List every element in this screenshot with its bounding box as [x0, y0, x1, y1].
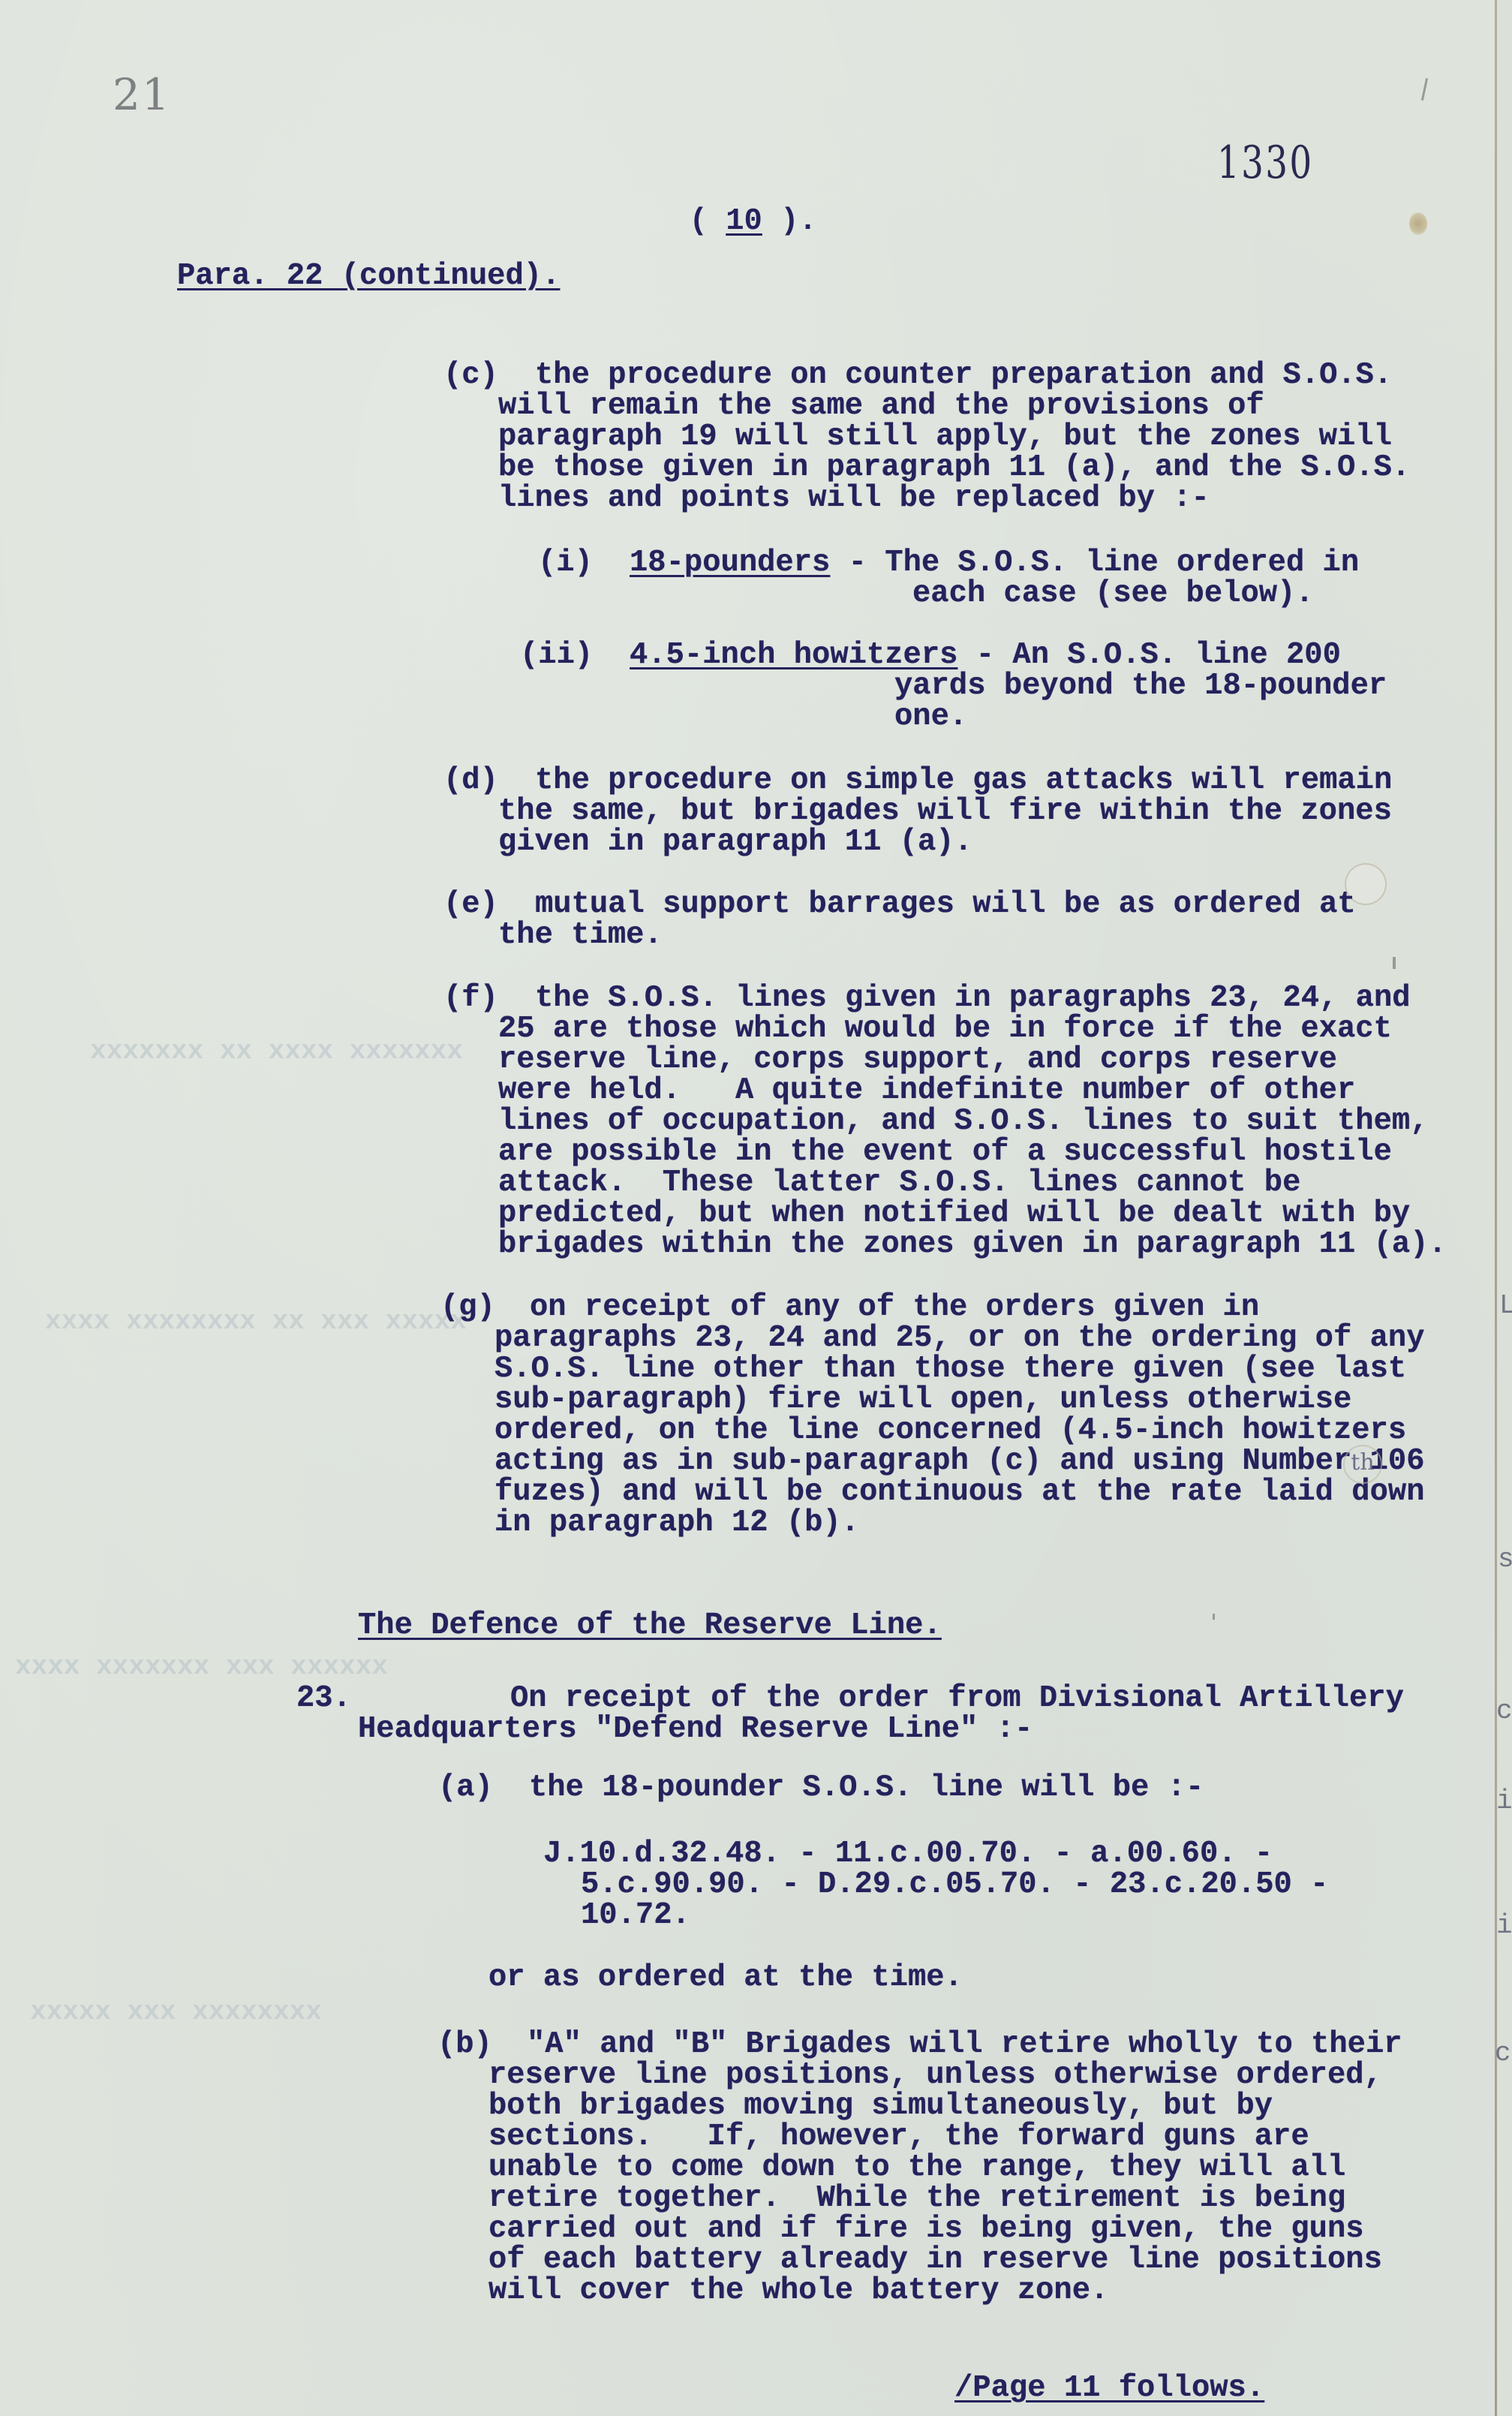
coordinates-line: 5.c.90.90. - D.29.c.05.70. - 23.c.20.50 …: [581, 1870, 1328, 1900]
page-number-value: 10: [726, 204, 762, 239]
item-ii-title: 4.5-inch howitzers: [630, 638, 957, 672]
underlying-page-glyph: s: [1498, 1546, 1512, 1573]
item-ii-label: (ii): [520, 640, 593, 671]
subpara-b-line: retire together. While the retirement is…: [488, 2183, 1345, 2214]
subpara-g-line: in paragraph 12 (b).: [494, 1508, 859, 1539]
subpara-g-line: S.O.S. line other than those there given…: [494, 1354, 1406, 1385]
item-i-continuation: each case (see below).: [912, 579, 1314, 609]
paragraph-23-line: Headquarters "Defend Reserve Line" :-: [358, 1714, 1033, 1745]
section-heading: The Defence of the Reserve Line.: [358, 1611, 942, 1641]
subpara-f-line: predicted, but when notified will be dea…: [498, 1199, 1410, 1229]
item-ii-separator: -: [957, 638, 1012, 672]
subpara-a-label: (a): [438, 1773, 493, 1804]
subpara-b-line: carried out and if fire is being given, …: [488, 2214, 1364, 2245]
continuation-heading: Para. 22 (continued).: [177, 261, 560, 292]
subpara-b-line: of each battery already in reserve line …: [488, 2245, 1382, 2276]
paper-stain: [1409, 212, 1427, 235]
item-i-separator: -: [830, 546, 885, 580]
subpara-d-label: (d): [443, 766, 498, 796]
page-number: ( 10 ).: [653, 170, 817, 239]
subpara-b-line: "A" and "B" Brigades will retire wholly …: [527, 2029, 1402, 2060]
subpara-f-line: were held. A quite indefinite number of …: [498, 1076, 1355, 1106]
stray-mark: [1213, 1614, 1215, 1620]
item-i-title: 18-pounders: [630, 546, 830, 580]
item-ii-continuation: yards beyond the 18-pounder: [894, 671, 1387, 702]
subpara-d-line: the procedure on simple gas attacks will…: [535, 766, 1392, 796]
page-number-close: ).: [762, 204, 817, 239]
paragraph-23-number: 23.: [296, 1683, 351, 1714]
stray-mark: [1393, 957, 1396, 969]
subpara-b-label: (b): [437, 2029, 492, 2060]
subpara-a-text: the 18-pounder S.O.S. line will be :-: [529, 1773, 1204, 1804]
subpara-d-line: given in paragraph 11 (a).: [498, 827, 972, 858]
subpara-g-line: ordered, on the line concerned (4.5-inch…: [494, 1416, 1406, 1446]
subpara-f-label: (f): [443, 983, 498, 1014]
underlying-page-glyph: c: [1495, 2040, 1511, 2067]
item-ii-continuation: one.: [894, 702, 967, 733]
page-continuation-note: /Page 11 follows.: [954, 2373, 1264, 2404]
subpara-d-line: the same, but brigades will fire within …: [498, 796, 1392, 827]
alternative-order: or as ordered at the time.: [488, 1963, 963, 1993]
subpara-f-line: brigades within the zones given in parag…: [498, 1229, 1447, 1260]
subpara-f-line: attack. These latter S.O.S. lines cannot…: [498, 1168, 1300, 1199]
subpara-g-line: acting as in sub-paragraph (c) and using…: [494, 1446, 1425, 1477]
paragraph-23-line: On receipt of the order from Divisional …: [510, 1683, 1404, 1714]
coordinates-line: J.10.d.32.48. - 11.c.00.70. - a.00.60. -: [543, 1839, 1273, 1870]
subpara-g-line: on receipt of any of the orders given in: [530, 1292, 1259, 1323]
subpara-f-line: are possible in the event of a successfu…: [498, 1137, 1392, 1168]
item-ii-line: 4.5-inch howitzers - An S.O.S. line 200: [630, 640, 1341, 671]
bleed-through-text: xxxxxx xxx xxxxxxx xxxx: [15, 1651, 388, 1682]
subpara-g-label: (g): [440, 1292, 495, 1323]
subpara-b-line: sections. If, however, the forward guns …: [488, 2122, 1309, 2153]
subpara-c-line: lines and points will be replaced by :-: [498, 483, 1210, 514]
subpara-g-line: fuzes) and will be continuous at the rat…: [494, 1477, 1425, 1508]
subpara-c-line: paragraph 19 will still apply, but the z…: [498, 422, 1392, 453]
subpara-c-line: the procedure on counter preparation and…: [535, 360, 1392, 391]
subpara-g-line: sub-paragraph) fire will open, unless ot…: [494, 1385, 1351, 1416]
subpara-c-line: be those given in paragraph 11 (a), and …: [498, 453, 1410, 483]
subpara-e-line: mutual support barrages will be as order…: [535, 889, 1356, 920]
subpara-b-line: unable to come down to the range, they w…: [488, 2153, 1345, 2183]
underlying-page-glyph: i: [1496, 1788, 1512, 1815]
item-i-label: (i): [538, 548, 593, 579]
underlying-page-glyph: i: [1496, 1912, 1512, 1939]
subpara-c-line: will remain the same and the provisions …: [498, 391, 1264, 422]
coordinates-line: 10.72.: [581, 1900, 690, 1931]
subpara-g-line: paragraphs 23, 24 and 25, or on the orde…: [494, 1323, 1425, 1354]
subpara-f-line: lines of occupation, and S.O.S. lines to…: [498, 1106, 1429, 1137]
subpara-f-line: reserve line, corps support, and corps r…: [498, 1045, 1337, 1076]
subpara-b-line: both brigades moving simultaneously, but…: [488, 2091, 1273, 2122]
item-i-text: The S.O.S. line ordered in: [885, 546, 1359, 580]
subpara-e-label: (e): [443, 889, 498, 920]
bleed-through-text: xxxxxxx xxxx xx xxxxxxx: [90, 1036, 463, 1067]
bleed-through-text: xxxxx xxx xx xxxxxxxx xxxx: [45, 1306, 467, 1337]
subpara-c-label: (c): [443, 360, 498, 391]
subpara-b-line: will cover the whole battery zone.: [488, 2276, 1108, 2306]
subpara-f-line: 25 are those which would be in force if …: [498, 1014, 1392, 1045]
subpara-b-line: reserve line positions, unless otherwise…: [488, 2060, 1382, 2091]
pencil-folio-number: 21: [113, 69, 171, 120]
item-ii-text: An S.O.S. line 200: [1012, 638, 1340, 672]
bleed-through-text: xxxxxxxx xxx xxxxx: [30, 1996, 322, 2027]
item-i-line: 18-pounders - The S.O.S. line ordered in: [630, 548, 1359, 579]
underlying-page-glyph: L: [1499, 1292, 1512, 1319]
underlying-page-glyph: c: [1496, 1698, 1512, 1725]
stamped-reference-number: 1330: [1217, 137, 1313, 189]
subpara-f-line: the S.O.S. lines given in paragraphs 23,…: [535, 983, 1411, 1014]
subpara-e-line: the time.: [498, 920, 663, 951]
page-number-open: (: [690, 204, 726, 239]
handwritten-correction: th: [1343, 1445, 1382, 1484]
